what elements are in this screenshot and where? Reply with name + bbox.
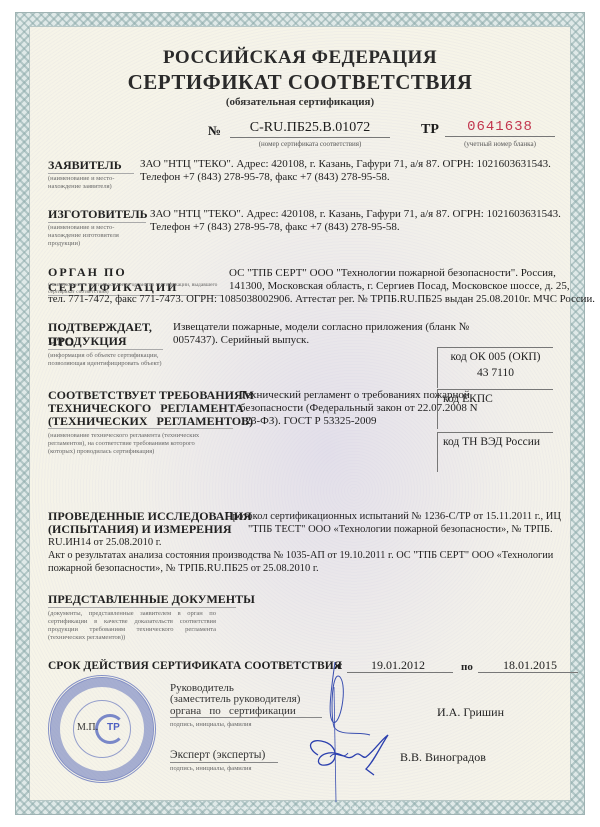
product-value-line1: Извещатели пожарные, модели согласно при… (173, 321, 469, 334)
tnved-code-box: код ТН ВЭД России (437, 432, 553, 472)
requirements-value-line2: безопасности (Федеральный закон от 22.07… (240, 402, 478, 415)
manufacturer-label: ИЗГОТОВИТЕЛЬ (48, 207, 146, 223)
expert-name: В.В. Виноградов (400, 751, 486, 764)
blank-number: 0641638 (445, 119, 555, 137)
requirements-label-line2: ТЕХНИЧЕСКОГО РЕГЛАМЕНТА (48, 401, 244, 415)
validity-label: СРОК ДЕЙСТВИЯ СЕРТИФИКАТА СООТВЕТСТВИЯ (48, 659, 342, 674)
head-name: И.А. Гришин (437, 706, 504, 719)
tp-sign: ТР (421, 122, 439, 138)
blank-number-caption: (учетный номер бланка) (445, 140, 555, 148)
country-title: РОССИЙСКАЯ ФЕДЕРАЦИЯ (30, 47, 570, 69)
requirements-value-line1: Технический регламент о требованиях пожа… (240, 389, 470, 402)
head-signature-block: Руководитель (заместитель руководителя) … (170, 683, 320, 729)
requirements-value-line3: 123-ФЗ). ГОСТ Р 53325-2009 (240, 415, 377, 428)
manufacturer-caption: (наименование и место-нахождение изготов… (48, 224, 126, 248)
certification-body-line2: 141300, Московская область, г. Сергиев П… (229, 280, 570, 293)
blank-manufacturer-strip: бланк изготовлен ЗАО «Опцион» www.opcion… (166, 804, 424, 812)
tests-value-line5: пожарной безопасности», № ТРПБ.RU.ПБ25 о… (48, 562, 319, 575)
manufacturer-value-line2: Телефон +7 (843) 278-95-78, факс +7 (843… (150, 221, 400, 234)
product-value-line2: 0057437). Серийный выпуск. (173, 334, 309, 347)
expert-label: Эксперт (эксперты) (170, 749, 278, 763)
product-label-line2: ПРОДУКЦИЯ (48, 334, 163, 350)
official-stamp: М.П. ТР (48, 675, 156, 783)
certificate-number-caption: (номер сертификата соответствия) (230, 140, 390, 148)
stamp-tr-mark: ТР (107, 722, 120, 733)
applicant-label: ЗАЯВИТЕЛЬ (48, 158, 134, 174)
tests-value-line4: Акт о результатах анализа состояния прои… (48, 549, 553, 562)
documents-label: ПРЕДСТАВЛЕННЫЕ ДОКУМЕНТЫ (48, 592, 236, 608)
expert-signature-block: Эксперт (эксперты) подпись, инициалы, фа… (170, 749, 280, 773)
validity-to-word: по (461, 660, 473, 675)
applicant-section: ЗАЯВИТЕЛЬ ЗАО "НТЦ "ТЕКО". Адрес: 420108… (48, 158, 568, 184)
validity-to-date: 18.01.2015 (478, 659, 578, 673)
certificate-body: РОССИЙСКАЯ ФЕДЕРАЦИЯ СЕРТИФИКАТ СООТВЕТС… (29, 26, 571, 801)
head-title-line2: (заместитель руководителя) (170, 694, 320, 705)
tests-value-line1: Протокол сертификационных испытаний № 12… (225, 510, 561, 523)
handwritten-signature-icon (300, 657, 400, 807)
certificate-title: СЕРТИФИКАТ СООТВЕТСТВИЯ (30, 70, 570, 95)
number-sign: № (208, 123, 221, 139)
okp-code-box: код ОК 005 (ОКП) 43 7110 (437, 347, 553, 388)
documents-section: ПРЕДСТАВЛЕННЫЕ ДОКУМЕНТЫ (документы, пре… (48, 592, 248, 642)
product-caption: (информация об объекте сертификации, поз… (48, 352, 166, 368)
manufacturer-value-line1: ЗАО "НТЦ "ТЕКО". Адрес: 420108, г. Казан… (150, 208, 561, 221)
certificate-sheet: РОССИЙСКАЯ ФЕДЕРАЦИЯ СЕРТИФИКАТ СООТВЕТС… (15, 12, 585, 815)
certificate-number-row: № C-RU.ПБ25.В.01072 (номер сертификата с… (30, 119, 570, 153)
certificate-number: C-RU.ПБ25.В.01072 (230, 120, 390, 138)
stamp-mp-label: М.П. (77, 722, 98, 733)
documents-caption: (документы, представленные заявителем в … (48, 610, 216, 642)
certificate-subtitle: (обязательная сертификация) (30, 96, 570, 108)
expert-signature-caption: подпись, инициалы, фамилия (170, 765, 280, 773)
head-signature-caption: подпись, инициалы, фамилия (170, 721, 320, 729)
tests-label-line1: ПРОВЕДЕННЫЕ ИССЛЕДОВАНИЯ (48, 509, 252, 523)
requirements-caption: (наименование технического регламента (т… (48, 432, 213, 456)
tnved-code-label: код ТН ВЭД России (438, 436, 553, 449)
okp-code-value: 43 7110 (438, 367, 553, 380)
requirements-label-line1: СООТВЕТСТВУЕТ ТРЕБОВАНИЯМ (48, 388, 254, 402)
applicant-value: ЗАО "НТЦ "ТЕКО". Адрес: 420108, г. Казан… (140, 158, 568, 184)
okp-code-label: код ОК 005 (ОКП) (438, 351, 553, 364)
certification-body-line1: ОС "ТПБ СЕРТ" ООО "Технологии пожарной б… (229, 267, 556, 280)
certification-body-line3: тел. 771-7472, факс 771-7473. ОГРН: 1085… (48, 293, 595, 306)
tests-label-line2: (ИСПЫТАНИЯ) И ИЗМЕРЕНИЯ (48, 522, 232, 536)
tests-value-line3: RU.ИН14 от 25.08.2010 г. (48, 536, 161, 549)
tests-value-line2: "ТПБ ТЕСТ" ООО «Технологии пожарной безо… (248, 523, 553, 536)
requirements-label-line3: (ТЕХНИЧЕСКИХ РЕГЛАМЕНТОВ) (48, 414, 233, 429)
applicant-caption: (наименование и место-нахождение заявите… (48, 175, 128, 191)
